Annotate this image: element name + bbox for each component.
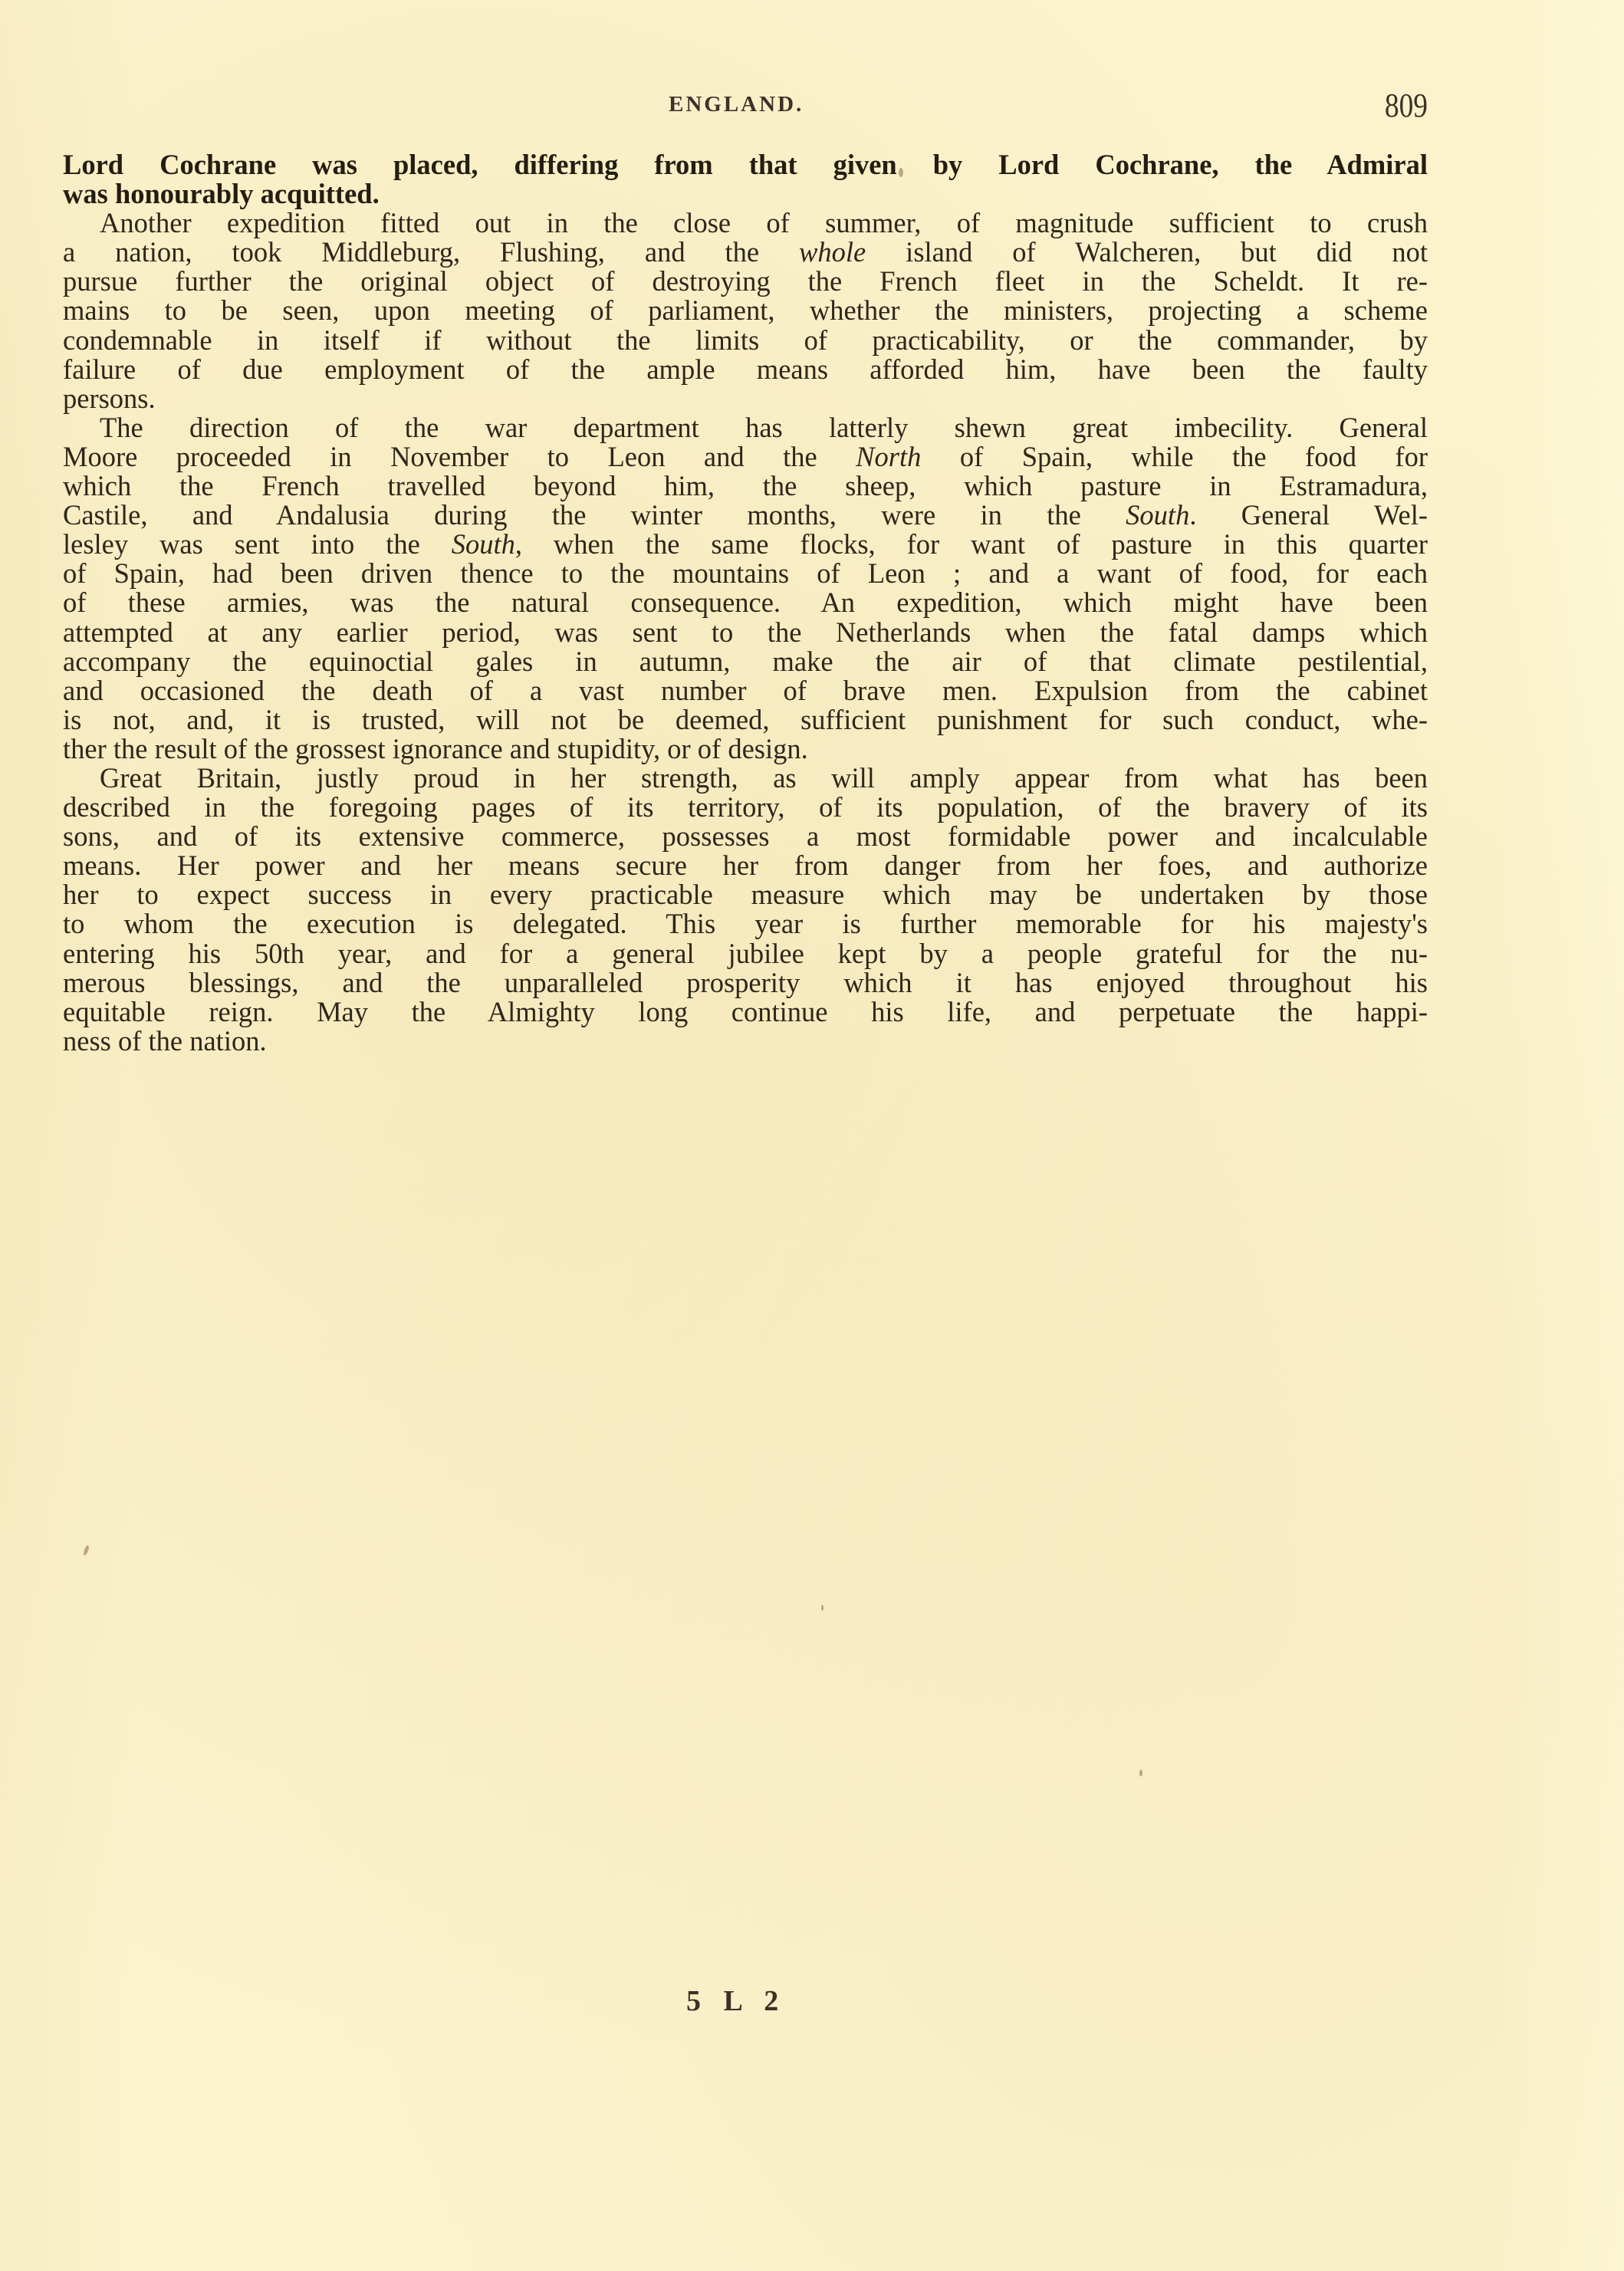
text-line: attempted at any earlier period, was sen… [63, 618, 1428, 647]
text-line: Castile, and Andalusia during the winter… [63, 501, 1428, 530]
paper-blemish [1139, 1770, 1142, 1776]
book-page: ENGLAND. 809 Lord Cochrane was placed, d… [0, 0, 1624, 2271]
text-line: condemnable in itself if without the lim… [63, 326, 1428, 355]
text-line: mains to be seen, upon meeting of parlia… [63, 296, 1428, 325]
text-line: lesley was sent into the South, when the… [63, 530, 1428, 559]
page-number: 809 [1385, 86, 1428, 125]
text-line: Lord Cochrane was placed, differing from… [63, 150, 1428, 179]
paragraph: Great Britain, justly proud in her stren… [63, 764, 1428, 1056]
text-line: of Spain, had been driven thence to the … [63, 559, 1428, 588]
text-line: means. Her power and her means secure he… [63, 851, 1428, 880]
text-line: Great Britain, justly proud in her stren… [63, 764, 1428, 793]
text-line: The direction of the war department has … [63, 413, 1428, 442]
text-line: failure of due employment of the ample m… [63, 355, 1428, 384]
paper-blemish [821, 1605, 824, 1611]
text-line: accompany the equinoctial gales in autum… [63, 647, 1428, 676]
text-line: sons, and of its extensive commerce, pos… [63, 822, 1428, 851]
body-text: Lord Cochrane was placed, differing from… [63, 150, 1428, 1056]
text-line: pursue further the original object of de… [63, 267, 1428, 296]
text-line: to whom the execution is delegated. This… [63, 909, 1428, 938]
text-line: which the French travelled beyond him, t… [63, 472, 1428, 501]
italic-emphasis: South [452, 528, 515, 560]
italic-emphasis: North [856, 441, 921, 472]
paragraph: Lord Cochrane was placed, differing from… [63, 150, 1428, 209]
paragraph: Another expedition fitted out in the clo… [63, 209, 1428, 413]
text-line: described in the foregoing pages of its … [63, 793, 1428, 822]
italic-emphasis: South [1126, 499, 1189, 531]
paper-blemish [83, 1545, 90, 1556]
paper-blemish [899, 168, 903, 177]
text-line: is not, and, it is trusted, will not be … [63, 705, 1428, 735]
text-line: ness of the nation. [63, 1027, 1428, 1056]
paragraph: The direction of the war department has … [63, 413, 1428, 764]
text-line: merous blessings, and the unparalleled p… [63, 968, 1428, 997]
text-line: a nation, took Middleburg, Flushing, and… [63, 238, 1428, 267]
text-line: entering his 50th year, and for a genera… [63, 939, 1428, 968]
text-line: was honourably acquitted. [63, 179, 1428, 209]
italic-emphasis: whole [799, 236, 866, 268]
text-line: of these armies, was the natural consequ… [63, 588, 1428, 617]
text-line: Moore proceeded in November to Leon and … [63, 442, 1428, 472]
text-line: equitable reign. May the Almighty long c… [63, 997, 1428, 1027]
running-title: ENGLAND. [669, 92, 804, 117]
text-line: and occasioned the death of a vast numbe… [63, 676, 1428, 705]
text-line: her to expect success in every practicab… [63, 880, 1428, 909]
text-line: persons. [63, 384, 1428, 413]
running-head: ENGLAND. 809 [63, 86, 1428, 126]
text-line: Another expedition fitted out in the clo… [63, 209, 1428, 238]
text-line: ther the result of the grossest ignoranc… [63, 735, 1428, 764]
signature-mark: 5 L 2 [686, 1984, 786, 2018]
